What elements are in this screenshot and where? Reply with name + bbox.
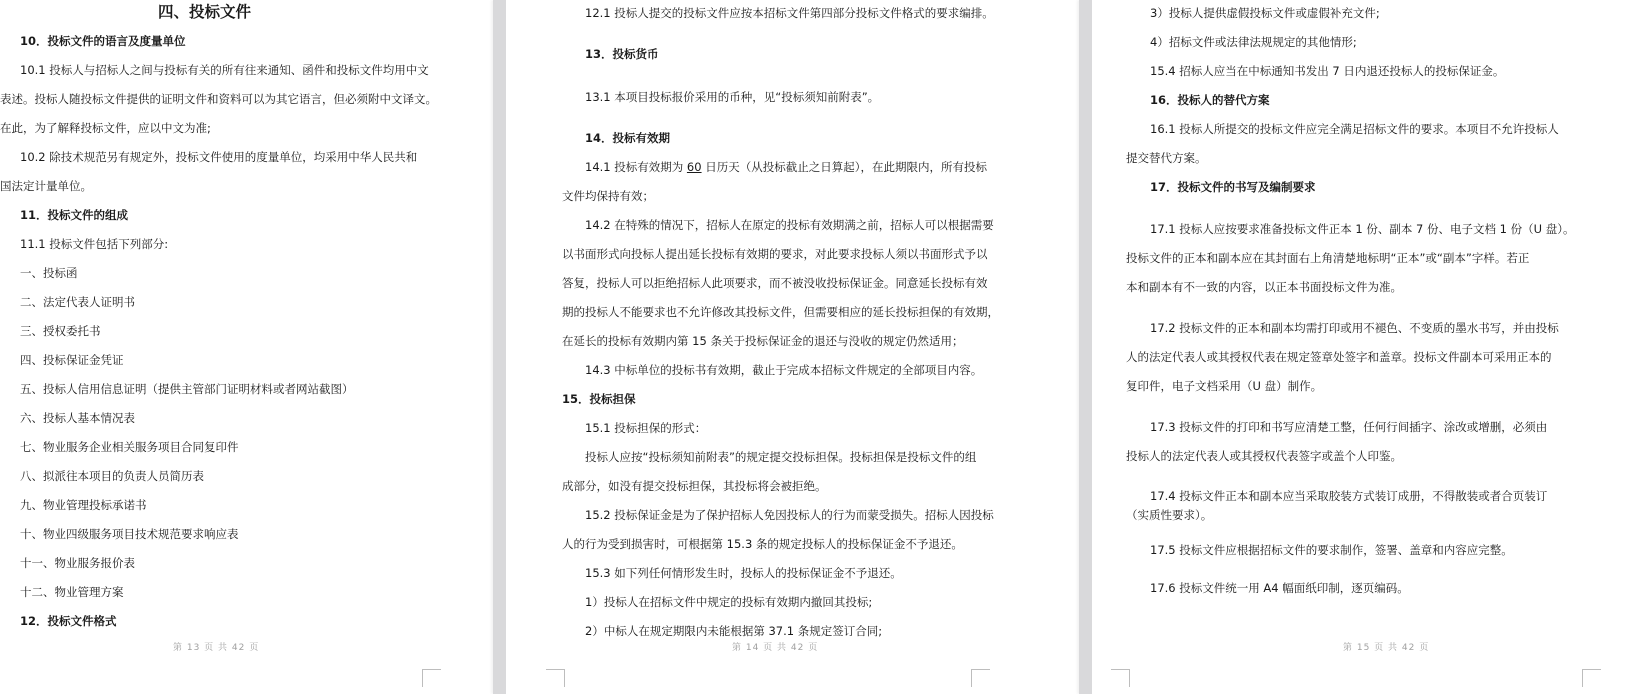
paragraph-line: 17.3 投标文件的打印和书写应清楚工整，任何行间插字、涂改或增删，必须由: [1150, 419, 1547, 435]
paragraph-line: 17.5 投标文件应根据招标文件的要求制作，签署、盖章和内容应完整。: [1150, 542, 1513, 558]
heading-16: 16．投标人的替代方案: [1150, 92, 1270, 108]
paragraph-line: （实质性要求）。: [1126, 507, 1212, 523]
list-item: 2）中标人在规定期限内未能根据第 37.1 条规定签订合同;: [585, 623, 882, 639]
page-gutter: [493, 0, 506, 694]
page-number-footer: 第 14 页 共 42 页: [732, 640, 818, 653]
crop-mark-icon: [1111, 669, 1130, 687]
paragraph-line: 15.2 投标保证金是为了保护招标人免因投标人的行为而蒙受损失。招标人因投标: [585, 507, 994, 523]
paragraph-line: 15.3 如下列任何情形发生时，投标人的投标保证金不予退还。: [585, 565, 902, 581]
paragraph-line: 17.1 投标人应按要求准备投标文件正本 1 份、副本 7 份、电子文档 1 份…: [1150, 221, 1574, 237]
crop-mark-icon: [1582, 669, 1601, 687]
heading-14: 14．投标有效期: [585, 130, 670, 146]
paragraph-line: 15.1 投标担保的形式：: [585, 420, 706, 436]
paragraph-line: 14.3 中标单位的投标书有效期，截止于完成本招标文件规定的全部项目内容。: [585, 362, 982, 378]
list-item: 七、物业服务企业相关服务项目合同复印件: [20, 439, 239, 455]
paragraph-line: 12.1 投标人提交的投标文件应按本招标文件第四部分投标文件格式的要求编排。: [585, 5, 994, 21]
validity-days-value: 60: [687, 160, 702, 174]
paragraph-line: 期的投标人不能要求也不允许修改其投标文件，但需要相应的延长投标担保的有效期，: [562, 304, 999, 320]
paragraph-line: 17.2 投标文件的正本和副本均需打印或用不褪色、不变质的墨水书写，并由投标: [1150, 320, 1559, 336]
paragraph-line: 人的行为受到损害时，可根据第 15.3 条的规定投标人的投标保证金不予退还。: [562, 536, 963, 552]
document-page-13: 四、投标文件 10．投标文件的语言及度量单位 10.1 投标人与招标人之间与投标…: [0, 0, 493, 694]
list-item: 十一、物业服务报价表: [20, 555, 135, 571]
list-item: 1）投标人在招标文件中规定的投标有效期内撤回其投标;: [585, 594, 872, 610]
list-item: 四、投标保证金凭证: [20, 352, 124, 368]
heading-13: 13．投标货币: [585, 46, 659, 62]
list-item: 三、授权委托书: [20, 323, 101, 339]
paragraph-line: 投标人应按“投标须知前附表”的规定提交投标担保。投标担保是投标文件的组: [585, 449, 976, 465]
paragraph-line: 17.4 投标文件正本和副本应当采取胶装方式装订成册，不得散装或者合页装订: [1150, 488, 1547, 504]
page-number-footer: 第 13 页 共 42 页: [173, 640, 259, 653]
paragraph-line: 13.1 本项目投标报价采用的币种，见“投标须知前附表”。: [585, 89, 879, 105]
paragraph-line: 以书面形式向投标人提出延长投标有效期的要求，对此要求投标人须以书面形式予以: [562, 246, 988, 262]
paragraph-line: 在此，为了解释投标文件，应以中文为准;: [0, 120, 211, 136]
crop-mark-icon: [971, 669, 990, 687]
paragraph-line: 14.1 投标有效期为 60 日历天（从投标截止之日算起），在此期限内，所有投标: [585, 159, 987, 175]
list-item: 二、法定代表人证明书: [20, 294, 135, 310]
text-segment: 14.1 投标有效期为: [585, 160, 687, 174]
paragraph-line: 在延长的投标有效期内第 15 条关于投标保证金的退还与没收的规定仍然适用；: [562, 333, 963, 349]
paragraph-line: 15.4 招标人应当在中标通知书发出 7 日内退还投标人的投标保证金。: [1150, 63, 1504, 79]
list-item: 五、投标人信用信息证明（提供主管部门证明材料或者网站截图）: [20, 381, 354, 397]
paragraph-line: 投标文件的正本和副本应在其封面右上角清楚地标明“正本”或“副本”字样。若正: [1126, 250, 1529, 266]
heading-12: 12．投标文件格式: [20, 613, 117, 629]
list-item: 十、物业四级服务项目技术规范要求响应表: [20, 526, 239, 542]
paragraph-line: 文件均保持有效；: [562, 188, 654, 204]
paragraph-line: 答复，投标人可以拒绝招标人此项要求，而不被没收投标保证金。同意延长投标有效: [562, 275, 988, 291]
paragraph-line: 14.2 在特殊的情况下，招标人在原定的投标有效期满之前，招标人可以根据需要: [585, 217, 994, 233]
document-page-14: 12.1 投标人提交的投标文件应按本招标文件第四部分投标文件格式的要求编排。 1…: [506, 0, 1079, 694]
paragraph-line: 表述。投标人随投标文件提供的证明文件和资料可以为其它语言，但必须附中文译文。: [0, 91, 437, 107]
text-segment: 日历天（从投标截止之日算起），在此期限内，所有投标: [702, 160, 987, 174]
paragraph-line: 提交替代方案。: [1126, 150, 1207, 166]
list-item: 八、拟派往本项目的负责人员简历表: [20, 468, 204, 484]
list-item: 九、物业管理投标承诺书: [20, 497, 147, 513]
paragraph-line: 11.1 投标文件包括下列部分:: [20, 236, 168, 252]
list-item: 4）招标文件或法律法规规定的其他情形;: [1150, 34, 1357, 50]
paragraph-line: 人的法定代表人或其授权代表在规定签章处签字和盖章。投标文件副本可采用正本的: [1126, 349, 1552, 365]
paragraph-line: 16.1 投标人所提交的投标文件应完全满足招标文件的要求。本项目不允许投标人: [1150, 121, 1559, 137]
section-title: 四、投标文件: [158, 1, 251, 23]
paragraph-line: 成部分，如没有提交投标担保，其投标将会被拒绝。: [562, 478, 827, 494]
list-item: 十二、物业管理方案: [20, 584, 124, 600]
heading-10: 10．投标文件的语言及度量单位: [20, 33, 186, 49]
paragraph-line: 10.2 除技术规范另有规定外，投标文件使用的度量单位，均采用中华人民共和: [20, 149, 417, 165]
paragraph-line: 复印件，电子文档采用（U 盘）制作。: [1126, 378, 1322, 394]
paragraph-line: 本和副本有不一致的内容，以正本书面投标文件为准。: [1126, 279, 1402, 295]
paragraph-line: 投标人的法定代表人或其授权代表签字或盖个人印鉴。: [1126, 448, 1402, 464]
document-page-15: 3）投标人提供虚假投标文件或虚假补充文件; 4）招标文件或法律法规规定的其他情形…: [1092, 0, 1625, 694]
list-item: 六、投标人基本情况表: [20, 410, 135, 426]
page-gutter: [1079, 0, 1092, 694]
crop-mark-icon: [422, 669, 441, 687]
paragraph-line: 国法定计量单位。: [0, 178, 92, 194]
paragraph-line: 10.1 投标人与招标人之间与投标有关的所有往来通知、函件和投标文件均用中文: [20, 62, 429, 78]
list-item: 3）投标人提供虚假投标文件或虚假补充文件;: [1150, 5, 1380, 21]
crop-mark-icon: [546, 669, 565, 687]
heading-11: 11．投标文件的组成: [20, 207, 128, 223]
page-number-footer: 第 15 页 共 42 页: [1343, 640, 1429, 653]
heading-15: 15．投标担保: [562, 391, 636, 407]
paragraph-line: 17.6 投标文件统一用 A4 幅面纸印制，逐页编码。: [1150, 580, 1409, 596]
heading-17: 17．投标文件的书写及编制要求: [1150, 179, 1316, 195]
list-item: 一、投标函: [20, 265, 78, 281]
